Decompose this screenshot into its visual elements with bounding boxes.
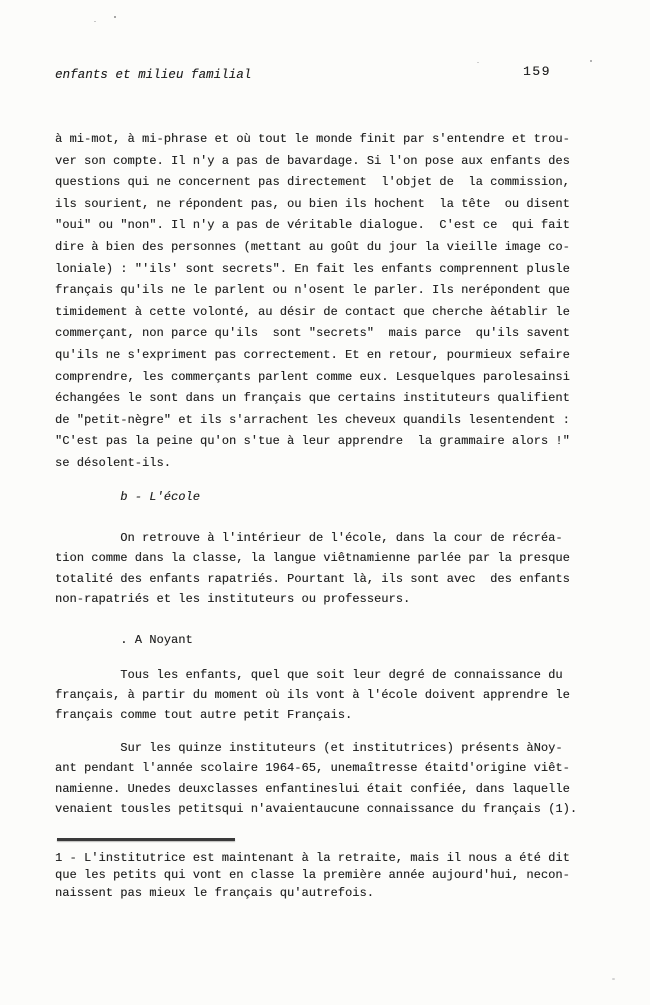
running-header: enfants et milieu familial xyxy=(55,68,251,83)
body-paragraph-1: à mi-mot, à mi-phrase et où tout le mond… xyxy=(55,129,570,475)
section-heading-ecole: b - L'école xyxy=(55,487,200,507)
page-number: 159 xyxy=(523,64,551,79)
footnote-separator-rule xyxy=(57,838,235,841)
scan-speck xyxy=(612,978,615,980)
footnote-text: 1 - L'institutrice est maintenant à la r… xyxy=(55,850,570,902)
scan-speck xyxy=(114,16,116,18)
scan-speck xyxy=(94,21,96,22)
body-paragraph-4: Sur les quinze instituteurs (et institut… xyxy=(55,738,577,820)
scan-speck xyxy=(590,60,592,62)
body-paragraph-3: Tous les enfants, quel que soit leur deg… xyxy=(55,665,570,726)
body-paragraph-2: On retrouve à l'intérieur de l'école, da… xyxy=(55,528,570,610)
scan-speck xyxy=(477,62,479,63)
subsection-heading-noyant: . A Noyant xyxy=(55,630,193,650)
document-page: enfants et milieu familial 159 à mi-mot,… xyxy=(0,0,650,1005)
